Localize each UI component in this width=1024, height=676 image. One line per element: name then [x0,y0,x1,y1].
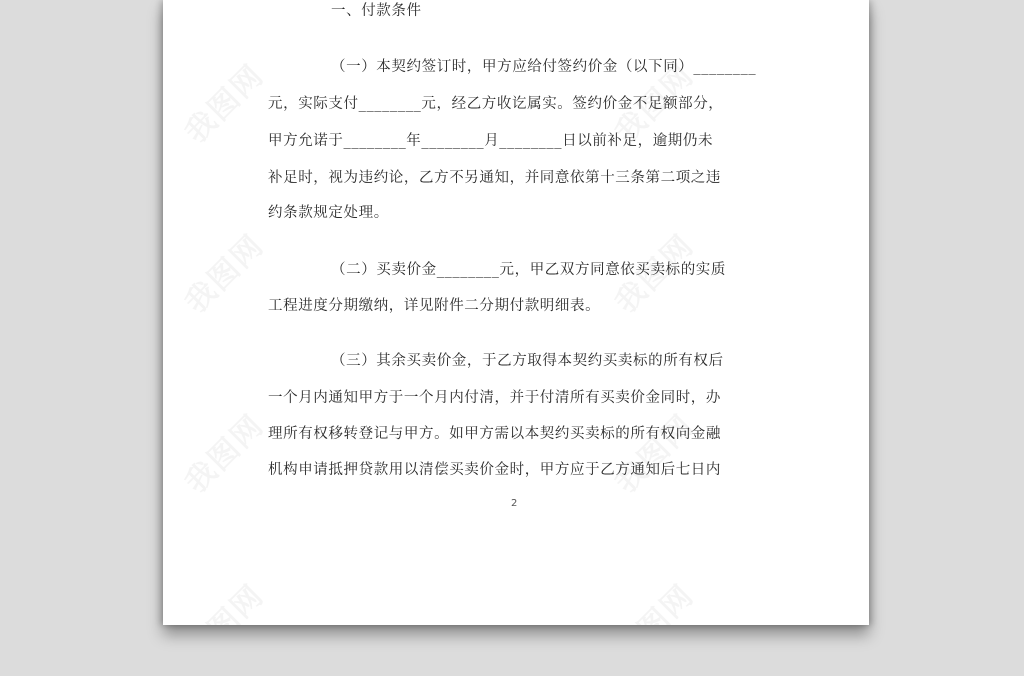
paragraph-1-line-3: 甲方允诺于________年________月________日以前补足，逾期仍… [268,131,766,151]
paragraph-1-line-1: （一）本契约签订时，甲方应给付签约价金（以下同）________ [331,57,829,77]
paragraph-1-line-2: 元，实际支付________元，经乙方收讫属实。签约价金不足额部分， [268,94,766,114]
page-number: 2 [511,498,517,509]
watermark: 我图网 [173,222,272,321]
paragraph-3-line-1: （三）其余买卖价金，于乙方取得本契约买卖标的所有权后 [331,351,829,371]
paragraph-3-line-3: 理所有权移转登记与甲方。如甲方需以本契约买卖标的所有权向金融 [268,424,766,444]
watermark: 我图网 [173,572,272,625]
watermark: 我图网 [603,402,702,501]
paragraph-3-line-4: 机构申请抵押贷款用以清偿买卖价金时，甲方应于乙方通知后七日内 [268,460,766,480]
watermark: 我图网 [173,52,272,151]
paragraph-1-line-4: 补足时，视为违约论，乙方不另通知，并同意依第十三条第二项之违 [268,168,766,188]
section-heading: 一、付款条件 [331,1,829,21]
paragraph-2-line-1: （二）买卖价金________元，甲乙双方同意依买卖标的实质 [331,260,829,280]
paragraph-2-line-2: 工程进度分期缴纳，详见附件二分期付款明细表。 [268,296,766,316]
document-page: 我图网 我图网 我图网 我图网 我图网 我图网 我图网 我图网 一、付款条件 （… [163,0,869,625]
watermark: 我图网 [173,402,272,501]
watermark: 我图网 [603,572,702,625]
paragraph-3-line-2: 一个月内通知甲方于一个月内付清，并于付清所有买卖价金同时，办 [268,388,766,408]
paragraph-1-line-5: 约条款规定处理。 [268,203,766,223]
